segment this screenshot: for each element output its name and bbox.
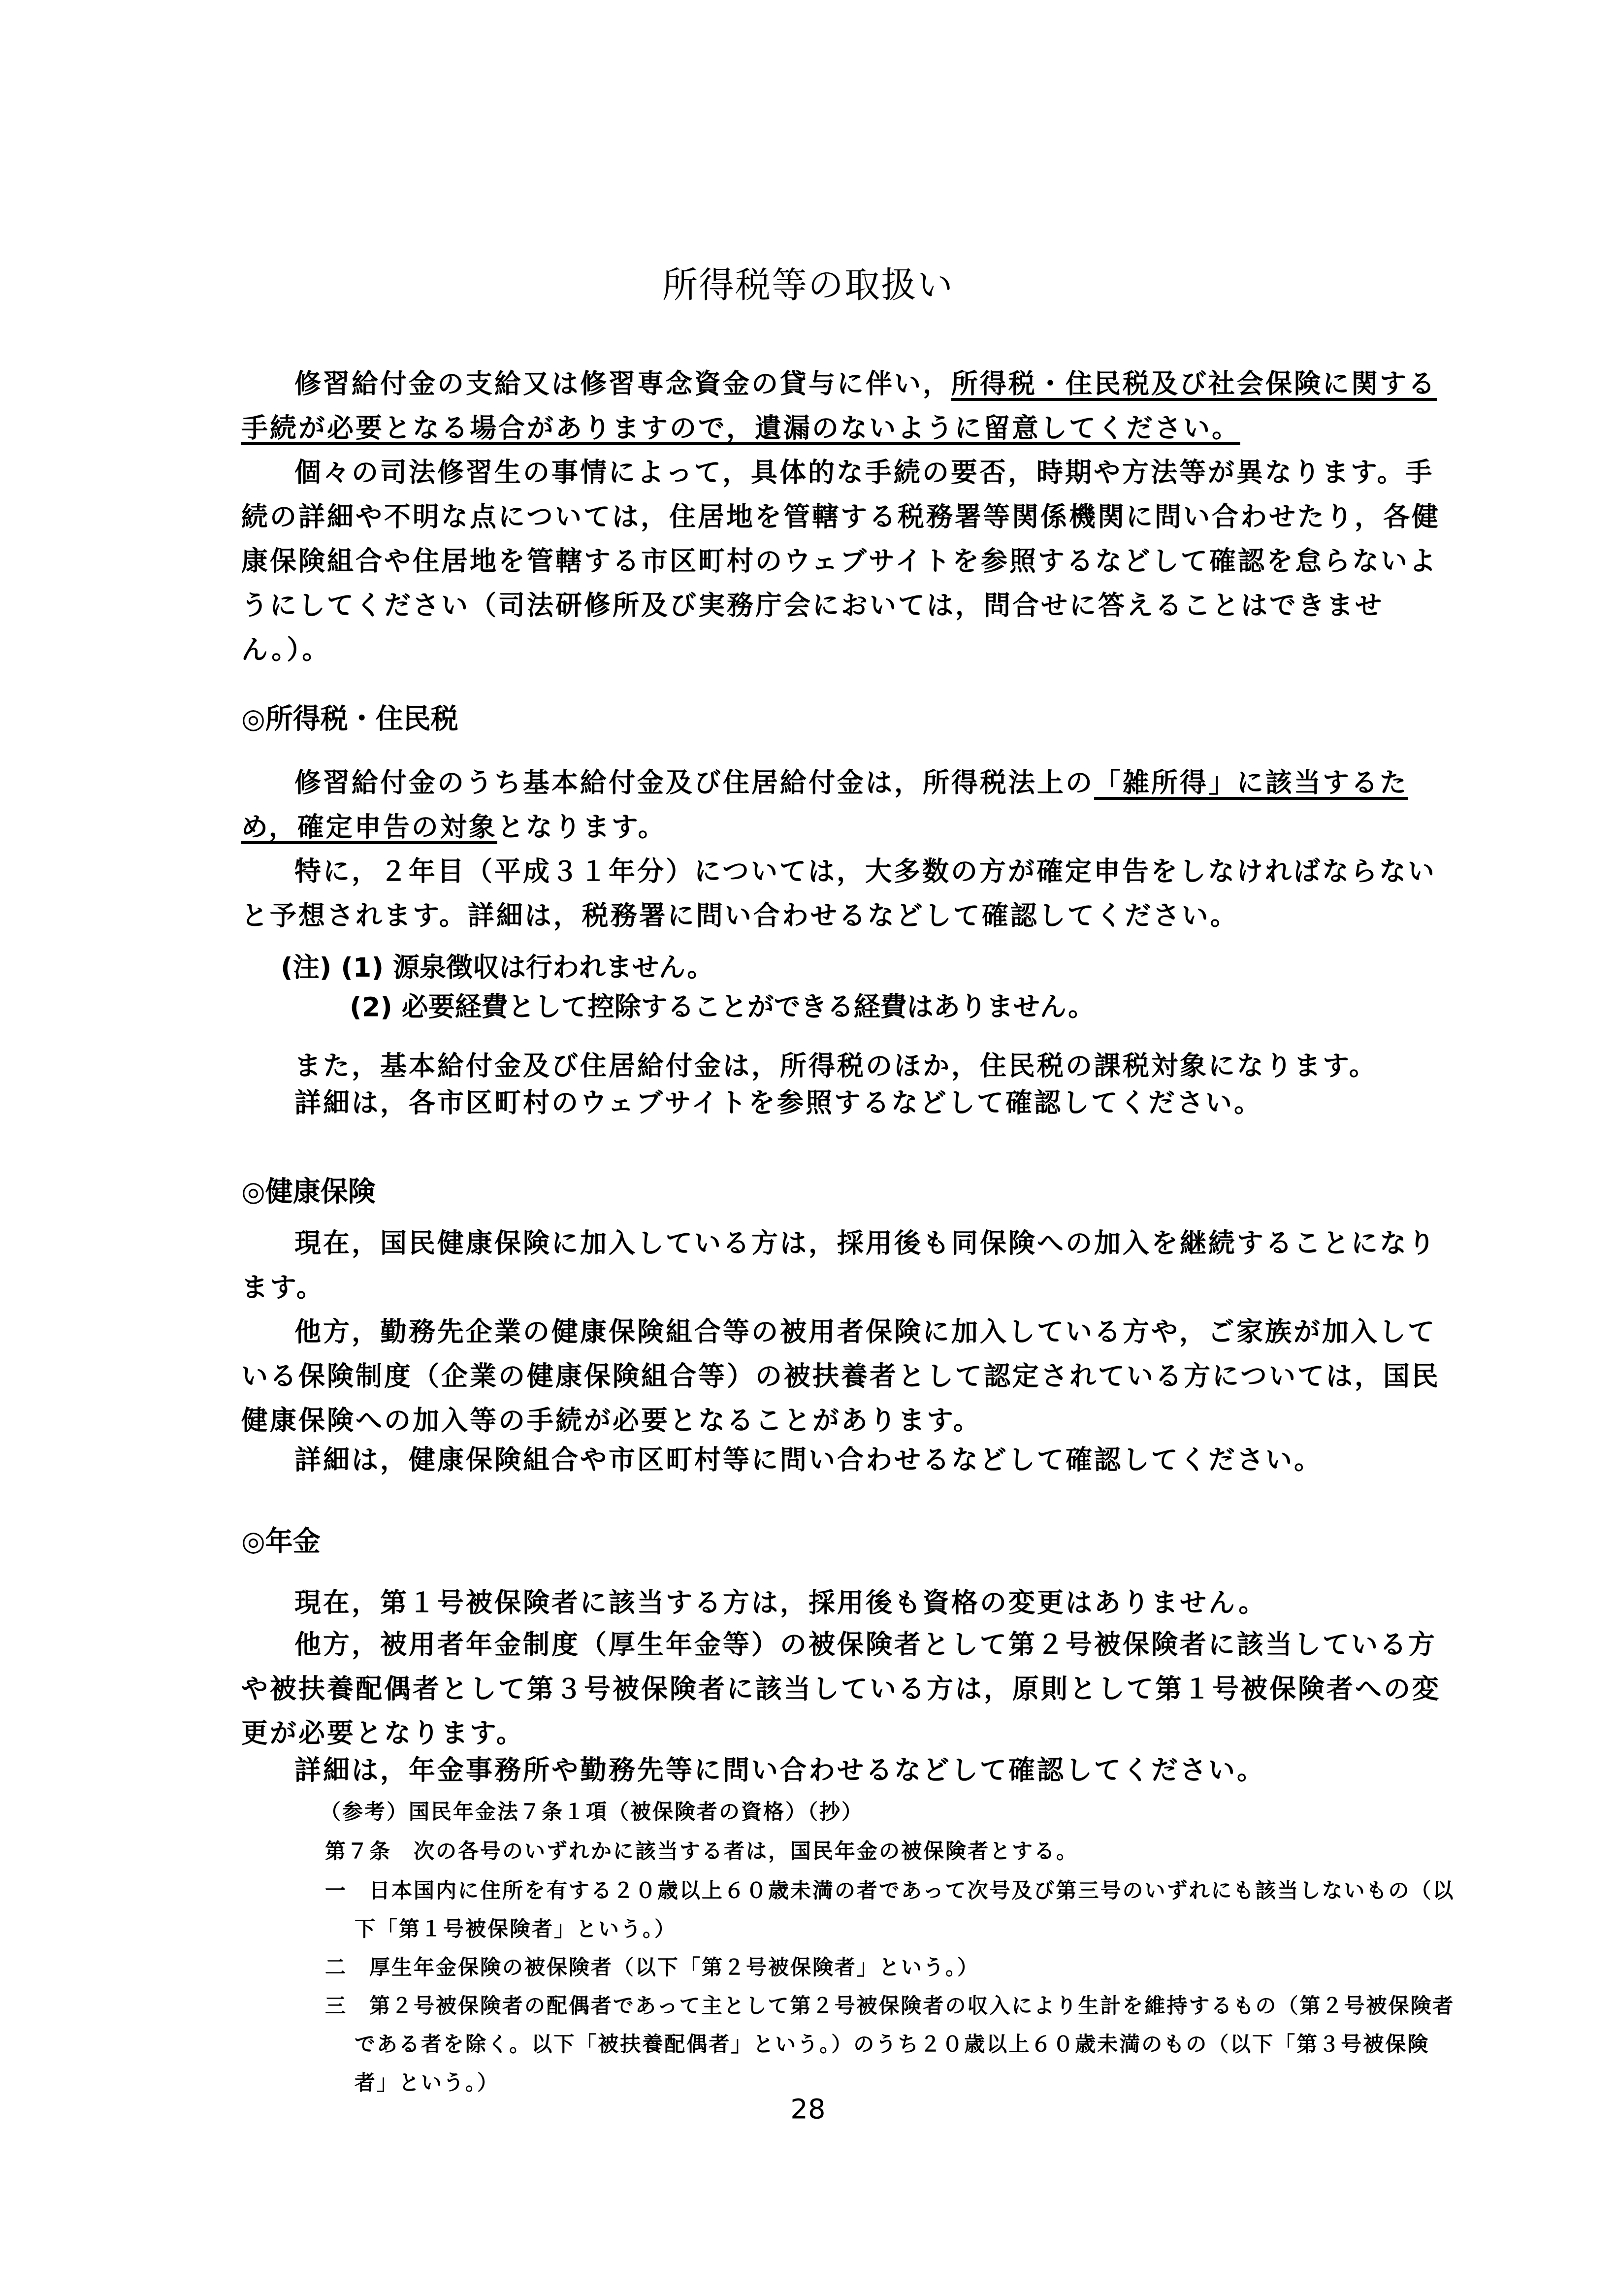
reference-item-2: 二 厚生年金保険の被保険者（以下「第２号被保険者」という。）	[325, 1948, 1457, 1987]
tax-paragraph-2: 特に，２年目（平成３１年分）については，大多数の方が確定申告をしなければならない…	[241, 850, 1443, 938]
tax-text-tail: となります。	[497, 812, 667, 843]
pension-paragraph-3: 詳細は，年金事務所や勤務先等に問い合わせるなどして確認してください。	[241, 1748, 1443, 1793]
tax-note-2: (2) 必要経費として控除することができる経費はありません。	[350, 987, 1095, 1027]
pension-paragraph-1: 現在，第１号被保険者に該当する方は，採用後も資格の変更はありません。	[241, 1581, 1443, 1625]
intro-paragraph-2: 個々の司法修習生の事情によって，具体的な手続の要否，時期や方法等が異なります。手…	[241, 451, 1443, 672]
document-page: 所得税等の取扱い 修習給付金の支給又は修習専念資金の貸与に伴い，所得税・住民税及…	[0, 0, 1616, 2296]
intro-paragraph-1: 修習給付金の支給又は修習専念資金の貸与に伴い，所得税・住民税及び社会保険に関する…	[241, 362, 1443, 451]
intro-text: 修習給付金の支給又は修習専念資金の貸与に伴い，	[294, 368, 951, 399]
reference-items: 一 日本国内に住所を有する２０歳以上６０歳未満の者であって次号及び第三号のいずれ…	[325, 1871, 1457, 2102]
tax-text: 修習給付金のうち基本給付金及び住居給付金は，所得税法上の	[294, 767, 1094, 798]
page-number: 28	[0, 2093, 1616, 2125]
section-heading-tax: ◎所得税・住民税	[241, 697, 458, 736]
section-heading-health: ◎健康保険	[241, 1170, 376, 1209]
reference-item-3: 三 第２号被保険者の配偶者であって主として第２号被保険者の収入により生計を維持す…	[325, 1987, 1457, 2102]
section-heading-pension: ◎年金	[241, 1519, 321, 1559]
page-title: 所得税等の取扱い	[0, 256, 1616, 307]
tax-paragraph-4: 詳細は，各市区町村のウェブサイトを参照するなどして確認してください。	[241, 1081, 1443, 1125]
health-paragraph-1: 現在，国民健康保険に加入している方は，採用後も同保険への加入を継続することになり…	[241, 1221, 1443, 1310]
reference-item-1: 一 日本国内に住所を有する２０歳以上６０歳未満の者であって次号及び第三号のいずれ…	[325, 1871, 1457, 1948]
pension-paragraph-2: 他方，被用者年金制度（厚生年金等）の被保険者として第２号被保険者に該当している方…	[241, 1623, 1443, 1756]
reference-article: 第７条 次の各号のいずれかに該当する者は，国民年金の被保険者とする。	[325, 1832, 1457, 1870]
tax-paragraph-1: 修習給付金のうち基本給付金及び住居給付金は，所得税法上の「雑所得」に該当するため…	[241, 761, 1443, 850]
reference-caption: （参考）国民年金法７条１項（被保険者の資格）（抄）	[320, 1793, 1453, 1831]
tax-note-1: (注) (1) 源泉徴収は行われません。	[281, 948, 713, 987]
health-paragraph-2: 他方，勤務先企業の健康保険組合等の被用者保険に加入している方や，ご家族が加入して…	[241, 1310, 1443, 1443]
health-paragraph-3: 詳細は，健康保険組合や市区町村等に問い合わせるなどして確認してください。	[241, 1438, 1443, 1482]
